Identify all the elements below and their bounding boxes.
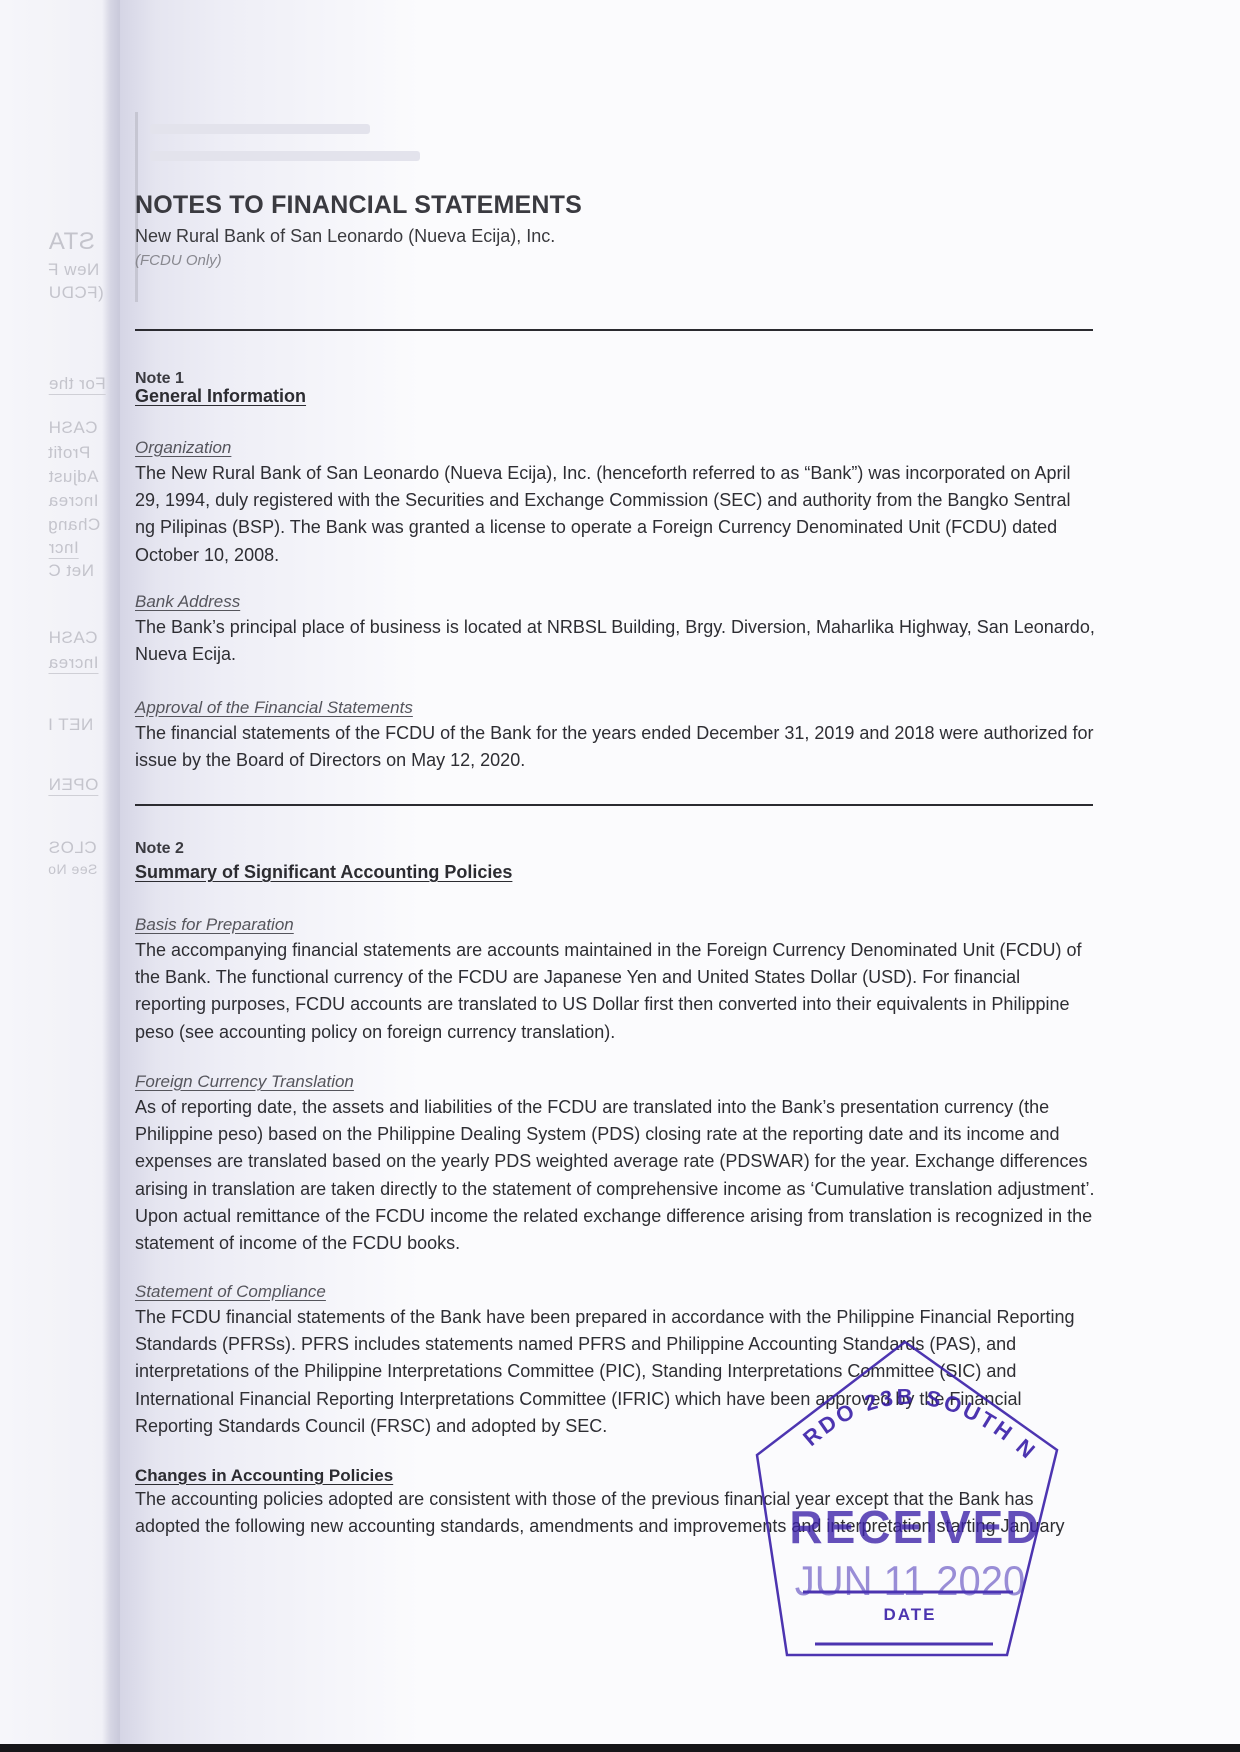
facing-page-bleed: STA New F (FCDU For the CASH Profit Adju… [0, 0, 120, 1752]
section-title-changes: Changes in Accounting Policies [135, 1466, 393, 1486]
stamp-date: JUN 11 2020 [795, 1557, 1025, 1604]
ghost-bleed-line [150, 151, 420, 161]
bleed-line: STA [48, 228, 94, 256]
section-title-basis: Basis for Preparation [135, 915, 294, 935]
bleed-line: Adjust [48, 467, 98, 487]
bleed-line: (FCDU [48, 283, 103, 303]
bleed-line: CASH [48, 418, 97, 438]
bleed-line: Profit [48, 443, 91, 463]
section-title-fx-translation: Foreign Currency Translation [135, 1072, 354, 1092]
bleed-line: Net C [48, 561, 94, 581]
bleed-line: New F [48, 260, 100, 280]
scan-edge [0, 1744, 1240, 1752]
section-text-approval: The financial statements of the FCDU of … [135, 720, 1095, 774]
section-text-basis: The accompanying financial statements ar… [135, 937, 1095, 1046]
bleed-line: Increa [48, 491, 98, 511]
section-title-compliance: Statement of Compliance [135, 1282, 326, 1302]
bank-name: New Rural Bank of San Leonardo (Nueva Ec… [135, 226, 555, 247]
section-title-approval: Approval of the Financial Statements [135, 698, 413, 718]
section-text-compliance: The FCDU financial statements of the Ban… [135, 1304, 1095, 1440]
note-heading: General Information [135, 386, 306, 407]
section-title-bank-address: Bank Address [135, 592, 240, 612]
bleed-line: CASH [48, 628, 97, 648]
bleed-line: Increa [48, 653, 98, 674]
scope-label: (FCDU Only) [135, 252, 222, 269]
bleed-line: OPEN [48, 775, 98, 796]
stamp-date-label: DATE [883, 1605, 936, 1624]
divider [135, 804, 1093, 806]
divider [135, 329, 1093, 331]
bleed-line: NET I [48, 715, 94, 735]
bleed-line: Incr [48, 538, 78, 559]
section-title-organization: Organization [135, 438, 231, 458]
note-heading: Summary of Significant Accounting Polici… [135, 862, 512, 883]
section-text-organization: The New Rural Bank of San Leonardo (Nuev… [135, 460, 1095, 569]
section-text-bank-address: The Bank’s principal place of business i… [135, 614, 1095, 668]
note-label: Note 2 [135, 840, 184, 858]
ghost-bleed-line [150, 124, 370, 134]
bleed-line: See No [48, 861, 98, 877]
bleed-line: Chang [48, 515, 101, 535]
document-title: NOTES TO FINANCIAL STATEMENTS [135, 191, 582, 220]
section-text-changes: The accounting policies adopted are cons… [135, 1486, 1095, 1540]
bleed-line: For the [48, 374, 105, 395]
bleed-line: CLOS [48, 838, 96, 858]
section-text-fx-translation: As of reporting date, the assets and lia… [135, 1094, 1095, 1257]
